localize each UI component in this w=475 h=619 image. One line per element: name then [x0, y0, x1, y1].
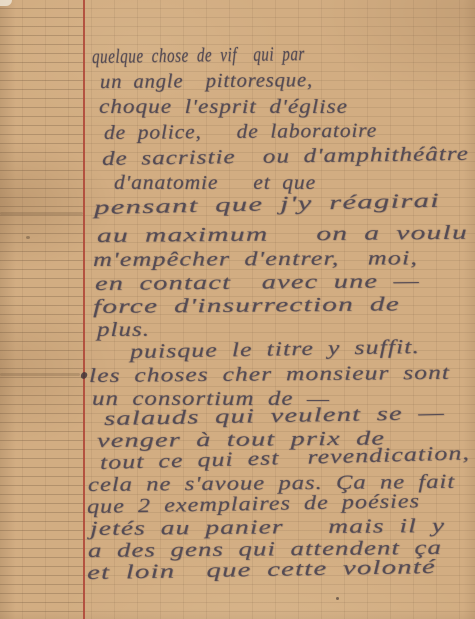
handwriting-layer: quelque chose de vif qui parun angle pit… — [0, 0, 475, 619]
handwriting-line: de sacristie ou d'amphithéâtre — [102, 142, 469, 171]
handwriting-line: quelque chose de vif qui par — [92, 42, 305, 69]
manuscript-page: quelque chose de vif qui parun angle pit… — [0, 0, 475, 619]
handwriting-line: puisque le titre y suffit. — [130, 335, 420, 364]
handwriting-line: au maximum on a voulu — [97, 221, 468, 248]
handwriting-line: force d'insurrection de — [93, 292, 400, 319]
handwriting-line: de police, de laboratoire — [104, 119, 377, 145]
handwriting-line: les choses cher monsieur sont — [89, 361, 450, 388]
handwriting-line: choque l'esprit d'église — [99, 95, 348, 119]
handwriting-line: plus. — [97, 318, 150, 342]
handwriting-line: un angle pittoresque, — [100, 68, 313, 94]
handwriting-line: m'empêcher d'entrer, moi, — [93, 246, 418, 272]
handwriting-line: et loin que cette volonté — [87, 555, 436, 585]
